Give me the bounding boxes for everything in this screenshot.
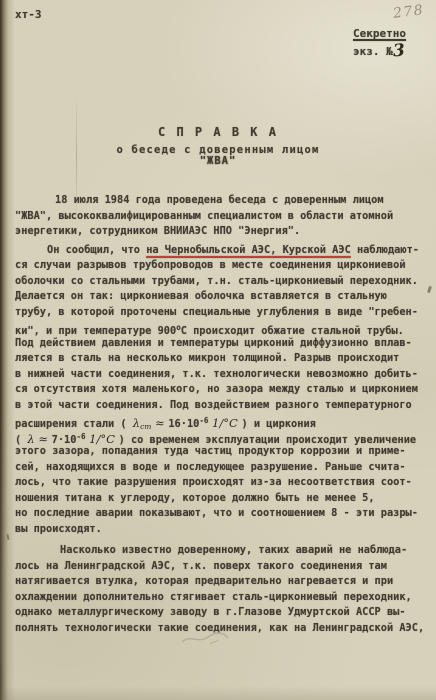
doc-line-formula-steel: расширения стали ( λст ≈ 16·10-6 1/°С ) … — [15, 413, 429, 429]
doc-line: ся случаи разрывов трубопроводов в месте… — [15, 258, 429, 274]
pencil-squiggle — [180, 630, 230, 648]
doc-line: натягивается втулка, которая предварител… — [15, 574, 429, 590]
doc-line-formula-zirconium: ( λ ≈ 7·10-6 1/°С ) со временем эксплуат… — [15, 429, 429, 445]
doc-line: лось на Ленинградской АЭС, т.к. поверх т… — [15, 559, 429, 575]
classification-stamp: Секретно экз. №3 — [353, 26, 406, 60]
classification-label: Секретно — [353, 26, 406, 42]
doc-line: трубу, в которой проточены специальные у… — [15, 305, 429, 321]
text-segment: наблюдают- — [351, 244, 419, 256]
subject-alias: "ЖВА" — [0, 155, 436, 167]
doc-line: Насколько известно доверенному, таких ав… — [15, 543, 429, 559]
doc-line: оболочки со стальными трубами, т.н. стал… — [15, 274, 429, 290]
ink-speck — [427, 286, 432, 294]
doc-line: "ЖВА", высококвалифицированным специалис… — [15, 209, 429, 225]
copy-line: экз. №3 — [353, 42, 406, 60]
exponent-superscript: -6 — [76, 432, 85, 441]
doc-line: вы происходят. — [15, 522, 429, 538]
handwritten-unit: 1/°С — [208, 416, 241, 430]
doc-line: ся отсутствия хотя маленького, но зазора… — [15, 382, 429, 398]
doc-line: ляется в сталь на несколько микрон толщи… — [15, 351, 429, 367]
doc-line: но последние аварии показывают, что и со… — [15, 506, 429, 522]
document-body: 18 июля 1984 года проведена беседа с дов… — [15, 193, 429, 636]
doc-line: Он сообщил, что на Чернобыльской АЭС, Ку… — [15, 243, 429, 259]
copy-number-handwritten: 3 — [392, 43, 405, 60]
doc-line: в нижней части соединения, т.к. технолог… — [15, 367, 429, 383]
paragraph-1: 18 июля 1984 года проведена беседа с дов… — [15, 193, 429, 240]
paragraph-2: Он сообщил, что на Чернобыльской АЭС, Ку… — [15, 243, 429, 538]
copy-label: экз. № — [353, 45, 393, 58]
doc-line: Под действием давления и температуры цир… — [15, 336, 429, 352]
corner-code: хт-3 — [15, 8, 42, 21]
handwritten-page-number: 278 — [392, 2, 425, 22]
document-title: С П Р А В К А — [0, 124, 436, 140]
doc-line: энергетики, сотрудником ВНИИАЭС НПО "Эне… — [15, 224, 429, 240]
text-segment: Он сообщил, что — [47, 244, 146, 256]
doc-line: Делается он так: циркониевая оболочка вс… — [15, 289, 429, 305]
doc-line: ки", и при температуре 900оС происходит … — [15, 320, 429, 336]
scanned-document-page: хт-3 278 Секретно экз. №3 С П Р А В К А … — [0, 0, 436, 700]
title-block: С П Р А В К А о беседе с доверенным лицо… — [0, 124, 436, 167]
doc-line: в этой части соединения. Под воздействие… — [15, 398, 429, 414]
doc-line: охлаждении дополнительно стягивает сталь… — [15, 590, 429, 606]
doc-line: 18 июля 1984 года проведена беседа с дов… — [15, 193, 429, 209]
approx-sign: ≈ — [151, 416, 168, 430]
paragraph-3: Насколько известно доверенному, таких ав… — [15, 543, 429, 636]
red-underlined-text: на Чернобыльской АЭС, Курской АЭС — [146, 244, 351, 256]
handwritten-lambda: λ — [133, 416, 140, 430]
doc-line: сей, находящихся в воде и последующее ра… — [15, 460, 429, 476]
doc-line: лось, что такие разрушения происходят из… — [15, 475, 429, 491]
ink-speck — [6, 534, 9, 540]
doc-line: этого зазора, попадания туда частиц прод… — [15, 444, 429, 460]
doc-line: ношения титана к углероду, которое должн… — [15, 491, 429, 507]
doc-line: однако металлургическому заводу в г.Глаз… — [15, 605, 429, 621]
